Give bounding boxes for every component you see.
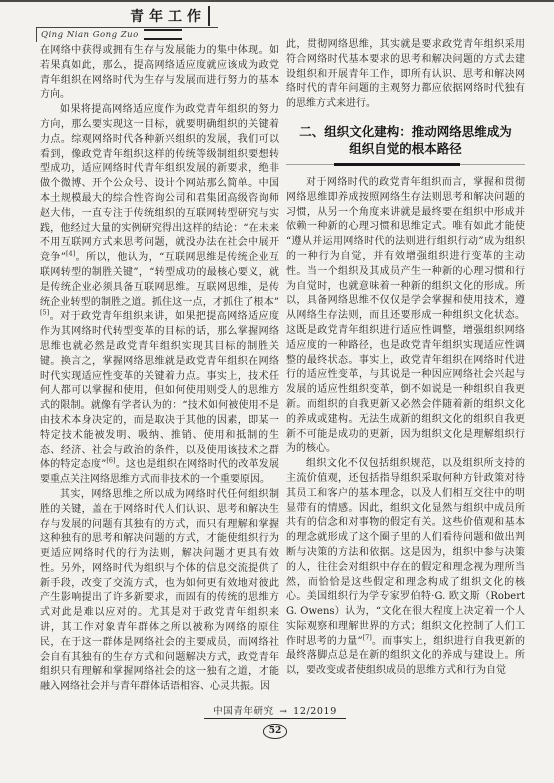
citation-marker: [5]: [40, 309, 49, 317]
right-column-body: 对于网络时代的政党青年组织而言，掌握和贯彻网络思维即养成按照网络生存法则思考和解…: [286, 176, 525, 679]
paragraph: 对于网络时代的政党青年组织而言，掌握和贯彻网络思维即养成按照网络生存法则思考和解…: [286, 176, 525, 457]
section-heading-rule: [286, 163, 525, 167]
page-number-badge: 52: [172, 718, 378, 739]
arrow-separator-icon: →: [279, 707, 287, 717]
header-vertical-rule: [208, 6, 210, 26]
citation-marker: [4]: [66, 250, 75, 258]
section-heading-rule-bar: [334, 163, 461, 166]
journal-page: 青年工作 Qing Nian Gong Zuo 在网络中获得或拥有生存与发展能力…: [0, 0, 554, 783]
paragraph: 此，贯彻网络思维，其实就是要求政党青年组织采用符合网络时代基本要求的思考和解决问…: [286, 38, 525, 112]
page-header: 青年工作 Qing Nian Gong Zuo: [36, 6, 218, 42]
header-double-rule: [144, 29, 182, 40]
page-number: 52: [263, 724, 288, 739]
section-heading-line1: 二、组织文化建构：推动网络思维成为: [286, 123, 525, 141]
footer-journal-line: 中国青年研究 → 12/2019: [204, 703, 346, 719]
header-title-row: 青年工作: [36, 6, 218, 26]
right-column-intro: 此，贯彻网络思维，其实就是要求政党青年组织采用符合网络时代基本要求的思考和解决问…: [286, 38, 525, 112]
section-heading-line2: 组织自觉的根本路径: [286, 140, 525, 158]
issue-number: 12/2019: [293, 706, 337, 717]
paragraph: 其实，网络思维之所以成为网络时代任何组织制胜的关键，盖在于网络时代人们认识、思考…: [40, 488, 279, 695]
citation-marker: [6]: [106, 457, 115, 465]
header-pinyin-row: Qing Nian Gong Zuo: [36, 27, 218, 42]
citation-marker: [7]: [363, 633, 372, 641]
right-column: 此，贯彻网络思维，其实就是要求政党青年组织采用符合网络时代基本要求的思考和解决问…: [286, 38, 525, 679]
left-column: 在网络中获得或拥有生存与发展能力的集中体现。如若果真如此，那么，提高网络适应度就…: [40, 44, 279, 695]
paragraph: 如果将提高网络适应度作为政党青年组织的努力方向，那么要实现这一目标，就要明确组织…: [40, 103, 279, 488]
column-section-pinyin: Qing Nian Gong Zuo: [41, 30, 139, 40]
section-heading: 二、组织文化建构：推动网络思维成为 组织自觉的根本路径: [286, 123, 525, 158]
scan-edge-top: [0, 0, 554, 2]
paragraph: 组织文化不仅包括组织规范，以及组织所支持的主流价值观，还包括指导组织采取何种方针…: [286, 457, 525, 679]
journal-name: 中国青年研究: [213, 706, 274, 717]
page-footer: 中国青年研究 → 12/2019 52: [172, 699, 378, 739]
paragraph: 在网络中获得或拥有生存与发展能力的集中体现。如若果真如此，那么，提高网络适应度就…: [40, 44, 279, 103]
column-section-title: 青年工作: [130, 8, 206, 26]
